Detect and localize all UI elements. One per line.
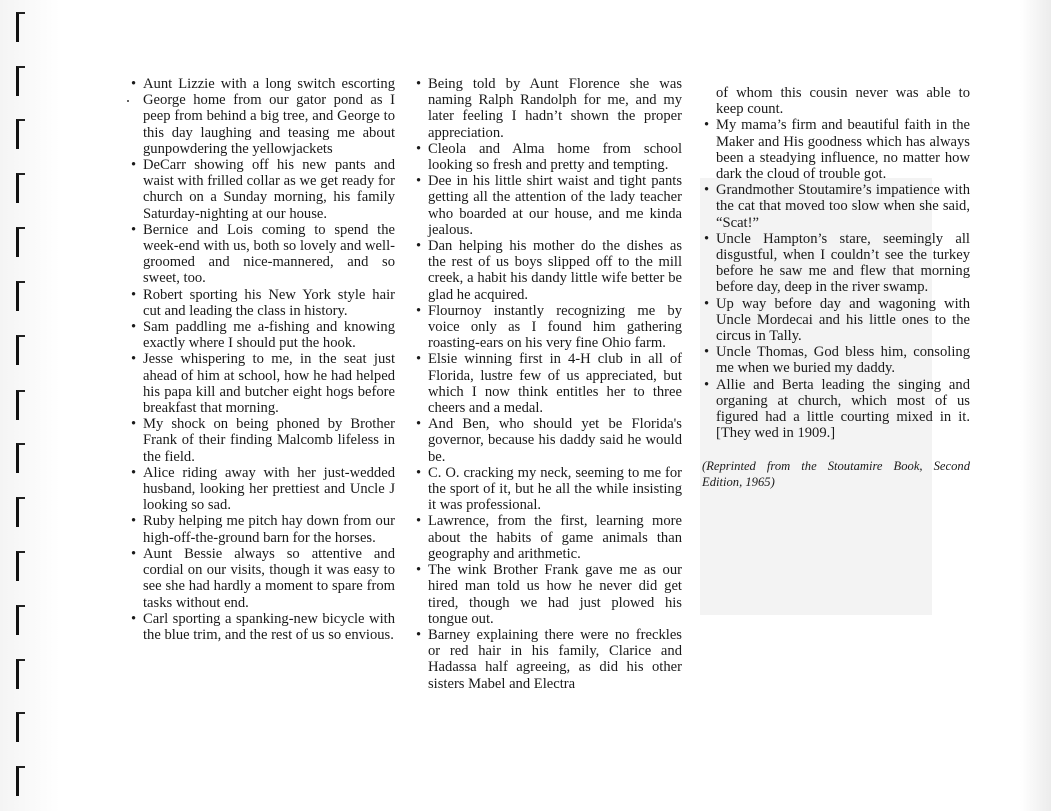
scanned-page: Aunt Lizzie with a long switch escorting… [0,0,1051,811]
memory-item: Robert sporting his New York style hair … [129,287,395,319]
memory-item: Being told by Aunt Florence she was nami… [414,76,682,141]
memory-item: Grandmother Stoutamire’s impatience with… [702,182,970,231]
memory-list-3: My mama’s firm and beautiful faith in th… [702,117,970,441]
binding-hole-icon [16,443,25,473]
binding-hole-icon [16,12,25,42]
binding-hole-icon [16,281,25,311]
memory-item: Allie and Berta leading the singing and … [702,377,970,442]
binding-hole-icon [16,766,25,796]
memory-list-1: Aunt Lizzie with a long switch escorting… [129,76,395,643]
binding-hole-icon [16,119,25,149]
binding-hole-icon [16,551,25,581]
memory-item: The wink Brother Frank gave me as our hi… [414,562,682,627]
memory-item: Elsie winning first in 4-H club in all o… [414,351,682,416]
memory-item: Lawrence, from the first, learning more … [414,513,682,562]
memory-item: Barney explaining there were no freckles… [414,627,682,692]
binding-hole-icon [16,227,25,257]
memory-item: Alice riding away with her just-wedded h… [129,465,395,514]
binding-hole-icon [16,390,25,420]
memory-item: Dan helping his mother do the dishes as … [414,238,682,303]
memory-item: Cleola and Alma home from school looking… [414,141,682,173]
binding-hole-icon [16,335,25,365]
memory-item: Dee in his little shirt waist and tight … [414,173,682,238]
memory-item: My mama’s firm and beautiful faith in th… [702,117,970,182]
memory-item: Flournoy instantly recognizing me by voi… [414,303,682,352]
memory-item: C. O. cracking my neck, seeming to me fo… [414,465,682,514]
memory-item: Uncle Thomas, God bless him, consoling m… [702,344,970,376]
memory-list-2: Being told by Aunt Florence she was nami… [414,76,682,692]
comb-binding [10,0,30,811]
memory-item: Sam paddling me a-fishing and knowing ex… [129,319,395,351]
binding-hole-icon [16,497,25,527]
text-column-2: Being told by Aunt Florence she was nami… [414,76,682,692]
memory-item: Up way before day and wagoning with Uncl… [702,296,970,345]
memory-item: DeCarr showing off his new pants and wai… [129,157,395,222]
binding-hole-icon [16,605,25,635]
memory-item: Aunt Bessie always so attentive and cord… [129,546,395,611]
source-credit: (Reprinted from the Stoutamire Book, Sec… [702,459,970,490]
text-column-1: Aunt Lizzie with a long switch escorting… [129,76,395,643]
memory-item: Uncle Hampton’s stare, seemingly all dis… [702,231,970,296]
memory-item: Bernice and Lois coming to spend the wee… [129,222,395,287]
memory-item: Carl sporting a spanking-new bicycle wit… [129,611,395,643]
memory-item: Ruby helping me pitch hay down from our … [129,513,395,545]
memory-item: Jesse whispering to me, in the seat just… [129,351,395,416]
memory-item: My shock on being phoned by Brother Fran… [129,416,395,465]
continued-text: of whom this cousin never was able to ke… [702,85,970,117]
memory-item: Aunt Lizzie with a long switch escorting… [129,76,395,157]
binding-hole-icon [16,66,25,96]
text-column-3: of whom this cousin never was able to ke… [702,85,970,503]
binding-hole-icon [16,712,25,742]
binding-hole-icon [16,659,25,689]
binding-hole-icon [16,173,25,203]
memory-item: And Ben, who should yet be Florida's gov… [414,416,682,465]
